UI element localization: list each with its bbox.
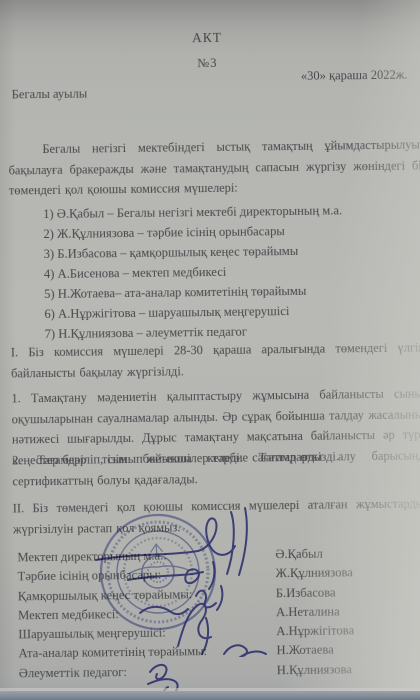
photo-bottom-edge (0, 691, 420, 700)
ink-layer (0, 0, 420, 700)
document-photo: АКТ №3 «30» қараша 2022ж. Бегалы ауылы Б… (0, 0, 420, 700)
